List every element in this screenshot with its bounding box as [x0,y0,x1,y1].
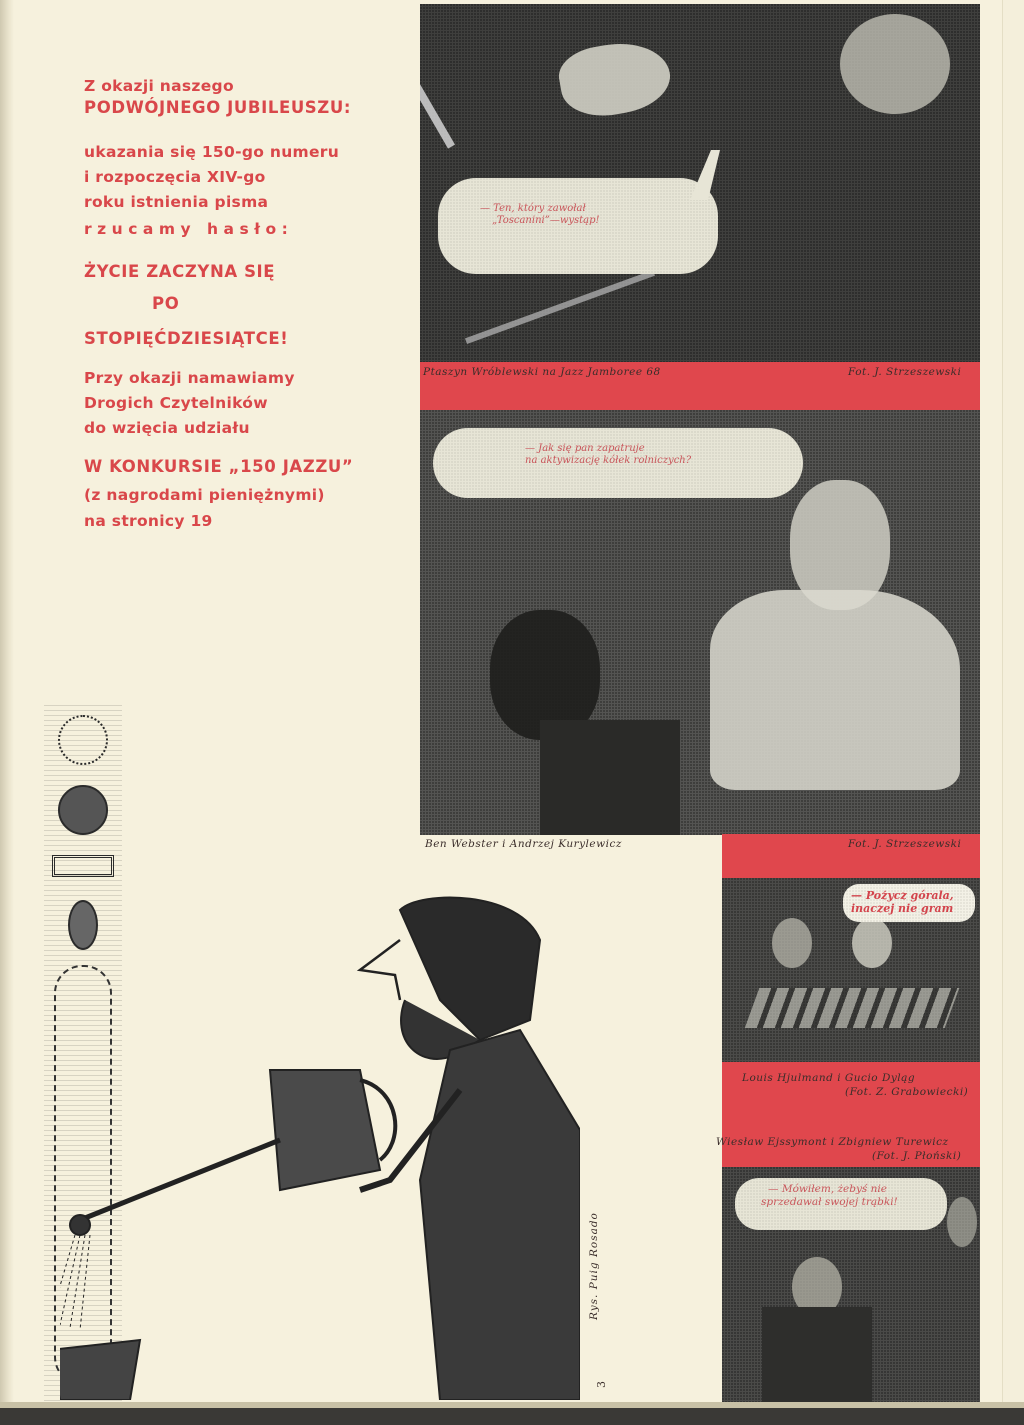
announcement-line: na stronicy 19 [84,509,384,534]
photo-credit: (Fot. Z. Grabowiecki) [845,1086,968,1098]
ornament-panel [52,855,114,877]
slogan-line-3: STOPIĘĆDZIESIĄTCE! [84,322,384,356]
baton-shape [420,49,455,148]
contest-title: W KONKURSIE „150 JAZZU” [84,453,384,481]
ornament-medallion [58,785,108,835]
slogan-line-1: ŻYCIE ZACZYNA SIĘ [84,258,384,286]
announcement-line: roku istnienia pisma [84,190,384,215]
shirt-shape [540,720,680,835]
announcement-line: Z okazji naszego [84,76,384,97]
face-shape [840,14,950,114]
illustration-man-watering-plant [60,880,580,1400]
bubble-text: — Pożycz górala, inaczej nie gram [851,889,954,915]
shirt-shape [710,590,960,790]
ornament-medallion [58,715,108,765]
figure-shape [762,1307,872,1402]
bubble-text: — Mówiłem, żebyś nie sprzedawał swojej t… [768,1183,898,1209]
page-edge [1002,0,1024,1410]
page-bottom-edge [0,1402,1024,1425]
announcement-line: ukazania się 150-go numeru [84,140,384,165]
announcement-line: Przy okazji namawiamy [84,366,384,391]
photo-credit: Fot. J. Strzeszewski [848,838,961,850]
announcement-line: rzucamy hasło: [84,215,384,244]
photo-caption: Ben Webster i Andrzej Kurylewicz [425,838,622,850]
photo-caption: Louis Hjulmand i Gucio Dyląg [742,1072,915,1084]
announcement-line: Drogich Czytelników [84,391,384,416]
page-number: 3 [595,1381,608,1388]
hand-shape [555,35,675,123]
photo-credit: (Fot. J. Płoński) [872,1150,961,1162]
magazine-page: Z okazji naszego PODWÓJNEGO JUBILEUSZU: … [0,0,1024,1425]
photo-credit: Fot. J. Strzeszewski [848,366,961,378]
spine-shadow [0,0,14,1425]
vibraphone-shape [745,988,960,1028]
announcement-line: i rozpoczęcia XIV-go [84,165,384,190]
drawing-credit: Rys. Puig Rosado [588,1212,600,1320]
piano-edge [465,270,655,344]
bubble-text: — Jak się pan zapatruje na aktywizację k… [525,443,691,467]
face-shape [852,918,892,968]
slogan-line-2: PO [84,286,384,322]
bubble-text: — Ten, który zawołał „Toscanini”—wystąp! [480,203,600,227]
jubilee-announcement: Z okazji naszego PODWÓJNEGO JUBILEUSZU: … [84,76,384,534]
announcement-line: do wzięcia udziału [84,416,384,441]
photo-caption: Ptaszyn Wróblewski na Jazz Jamboree 68 [423,366,661,378]
announcement-line: (z nagrodami pieniężnymi) [84,481,384,509]
photo-caption: Wiesław Ejssymont i Zbigniew Turewicz [716,1136,949,1148]
face-shape [772,918,812,968]
face-shape [947,1197,977,1247]
announcement-heading: PODWÓJNEGO JUBILEUSZU: [84,97,384,118]
